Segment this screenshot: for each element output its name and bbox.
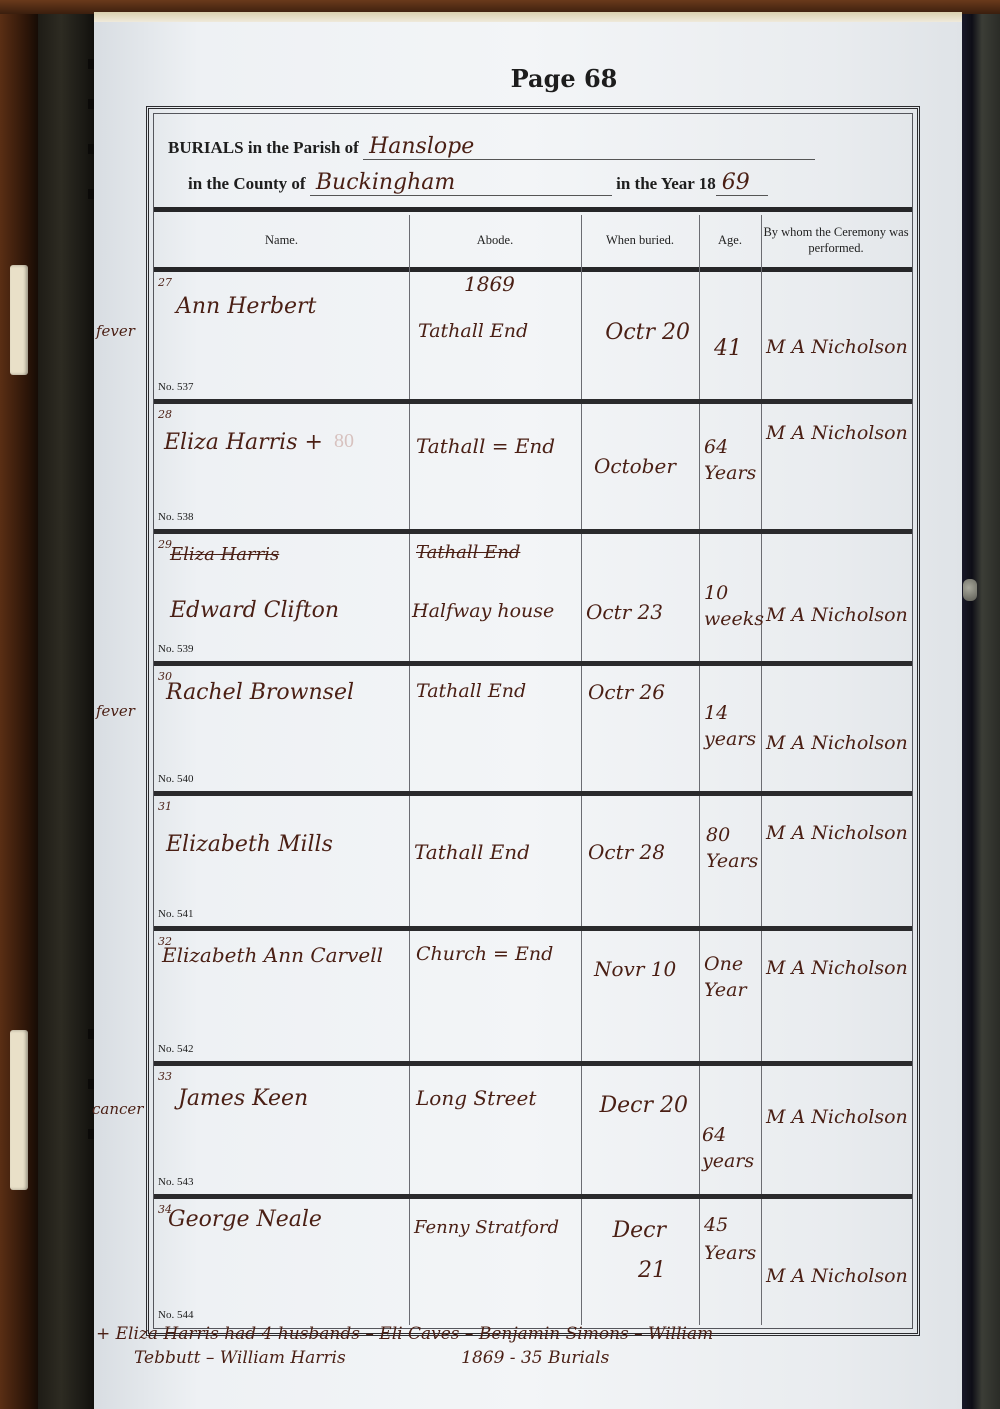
- entry-name: Ann Herbert: [176, 294, 316, 319]
- entry-when-buried: Octr 26: [588, 680, 665, 704]
- page-tab: [10, 265, 28, 375]
- county-field: Buckingham: [310, 170, 612, 196]
- entry-struck-name: Eliza Harris: [170, 544, 279, 565]
- entry-number: No. 537: [158, 381, 193, 393]
- entry-index: 27: [158, 276, 172, 289]
- entry-number: No. 542: [158, 1043, 193, 1055]
- entry-when-buried: Octr 23: [586, 600, 663, 624]
- burial-entry: 28 Eliza Harris + 80 Tathall = End Octob…: [154, 404, 912, 529]
- burial-register-table: BURIALS in the Parish of Hanslope in the…: [146, 106, 920, 1336]
- binding-clasp: [963, 579, 977, 601]
- column-header-age: Age.: [699, 215, 761, 267]
- burial-entry: 31 Elizabeth Mills Tathall End Octr 28 8…: [154, 796, 912, 926]
- burial-entry: 33 James Keen Long Street Decr 20 64 yea…: [154, 1066, 912, 1194]
- entry-age: 80 Years: [706, 822, 758, 874]
- footnote-summary: 1869 - 35 Burials: [461, 1348, 609, 1368]
- entry-age: 10 weeks: [704, 580, 756, 632]
- margin-note: cancer: [92, 1100, 143, 1118]
- entry-abode: Halfway house: [412, 600, 554, 622]
- entry-abode: Tathall = End: [416, 434, 555, 458]
- entry-ceremony: M A Nicholson: [766, 1106, 908, 1128]
- entry-index: 28: [158, 408, 172, 421]
- entry-index: 31: [158, 800, 172, 813]
- column-header-abode: Abode.: [409, 215, 581, 267]
- entry-name: Eliza Harris +: [164, 430, 323, 455]
- entry-name: Rachel Brownsel: [166, 680, 354, 705]
- entry-name: George Neale: [168, 1207, 322, 1232]
- entry-age: One Year: [704, 951, 756, 1003]
- entry-age: 64 Years: [704, 434, 756, 486]
- entry-when-buried: Decr 21: [586, 1211, 666, 1291]
- entry-age: 14 years: [704, 700, 756, 752]
- entry-abode: Tathall End: [416, 680, 526, 702]
- entry-name: Elizabeth Mills: [166, 832, 333, 857]
- burial-entry: 32 Elizabeth Ann Carvell Church = End No…: [154, 931, 912, 1061]
- footnote: + Eliza Harris had 4 husbands – Eli Cave…: [96, 1322, 946, 1370]
- entry-abode: Long Street: [416, 1086, 536, 1110]
- burial-entry: 29 Eliza Harris Tathall End Edward Clift…: [154, 534, 912, 661]
- register-title: BURIALS in the Parish of Hanslope in the…: [154, 114, 912, 206]
- entry-abode: Tathall End: [418, 320, 528, 342]
- entry-when-buried: Decr 20: [584, 1086, 688, 1126]
- desk-surface: [0, 0, 40, 1409]
- entry-ceremony: M A Nicholson: [766, 422, 908, 444]
- entry-number: No. 540: [158, 773, 193, 785]
- entry-age: 64 years: [702, 1122, 758, 1174]
- entry-index: 33: [158, 1070, 172, 1083]
- page-edge: [94, 12, 962, 22]
- entry-name: James Keen: [178, 1086, 308, 1111]
- footnote-line-2: Tebbutt – William Harris: [134, 1348, 346, 1368]
- parish-prefix: in the Parish of: [248, 138, 359, 157]
- entry-number: No. 541: [158, 908, 193, 920]
- entry-name: Elizabeth Ann Carvell: [162, 943, 383, 967]
- burial-entry: 30 Rachel Brownsel Tathall End Octr 26 1…: [154, 666, 912, 791]
- entry-ceremony: M A Nicholson: [766, 604, 908, 626]
- entry-when-buried: Octr 28: [588, 840, 665, 864]
- entry-abode: Tathall End: [414, 840, 530, 864]
- column-headers: Name. Abode. When buried. Age. By whom t…: [154, 215, 912, 267]
- entry-when-buried: Novr 10: [594, 957, 676, 981]
- entry-struck-abode: Tathall End: [416, 542, 520, 563]
- register-page: Page 68 fever fever cancer BURIALS in th…: [94, 12, 962, 1409]
- entry-when-buried: October: [594, 454, 676, 478]
- column-header-ceremony: By whom the Ceremony was performed.: [761, 215, 911, 267]
- margin-note: fever: [96, 322, 135, 340]
- burial-entry: 27 Ann Herbert 1869 Tathall End Octr 20 …: [154, 272, 912, 399]
- entry-year-note: 1869: [464, 272, 515, 296]
- year-field: 69: [716, 170, 768, 196]
- entry-ceremony: M A Nicholson: [766, 336, 908, 358]
- column-header-name: Name.: [154, 215, 409, 267]
- margin-note: fever: [96, 702, 135, 720]
- burials-label: BURIALS: [168, 138, 244, 157]
- year-prefix: in the Year 18: [616, 174, 716, 193]
- entry-when-buried: Octr 20: [586, 320, 690, 346]
- entry-abode: Church = End: [416, 943, 553, 965]
- entry-ceremony: M A Nicholson: [766, 957, 908, 979]
- county-prefix: in the County of: [188, 174, 306, 193]
- burial-entry: 34 George Neale Fenny Stratford Decr 21 …: [154, 1199, 912, 1327]
- entry-ceremony: M A Nicholson: [766, 822, 908, 844]
- entry-number: No. 543: [158, 1176, 193, 1188]
- book-binding-left: [38, 14, 96, 1409]
- footnote-line-1: + Eliza Harris had 4 husbands – Eli Cave…: [96, 1322, 946, 1346]
- entry-number: No. 538: [158, 511, 193, 523]
- entry-age: 45 Years: [704, 1211, 756, 1267]
- entry-abode: Fenny Stratford: [414, 1217, 559, 1238]
- entry-age: 41: [714, 336, 742, 361]
- page-tab: [10, 1030, 28, 1190]
- book-binding-right: [960, 14, 1000, 1409]
- entry-number: No. 539: [158, 643, 193, 655]
- parish-field: Hanslope: [363, 134, 815, 160]
- ink-bleed: 80: [334, 430, 354, 453]
- entry-name: Edward Clifton: [170, 598, 339, 623]
- entry-ceremony: M A Nicholson: [766, 732, 908, 754]
- column-header-when-buried: When buried.: [581, 215, 699, 267]
- header-rule: [154, 207, 912, 212]
- entry-ceremony: M A Nicholson: [766, 1265, 908, 1287]
- page-number: Page 68: [474, 64, 654, 93]
- entry-number: No. 544: [158, 1309, 193, 1321]
